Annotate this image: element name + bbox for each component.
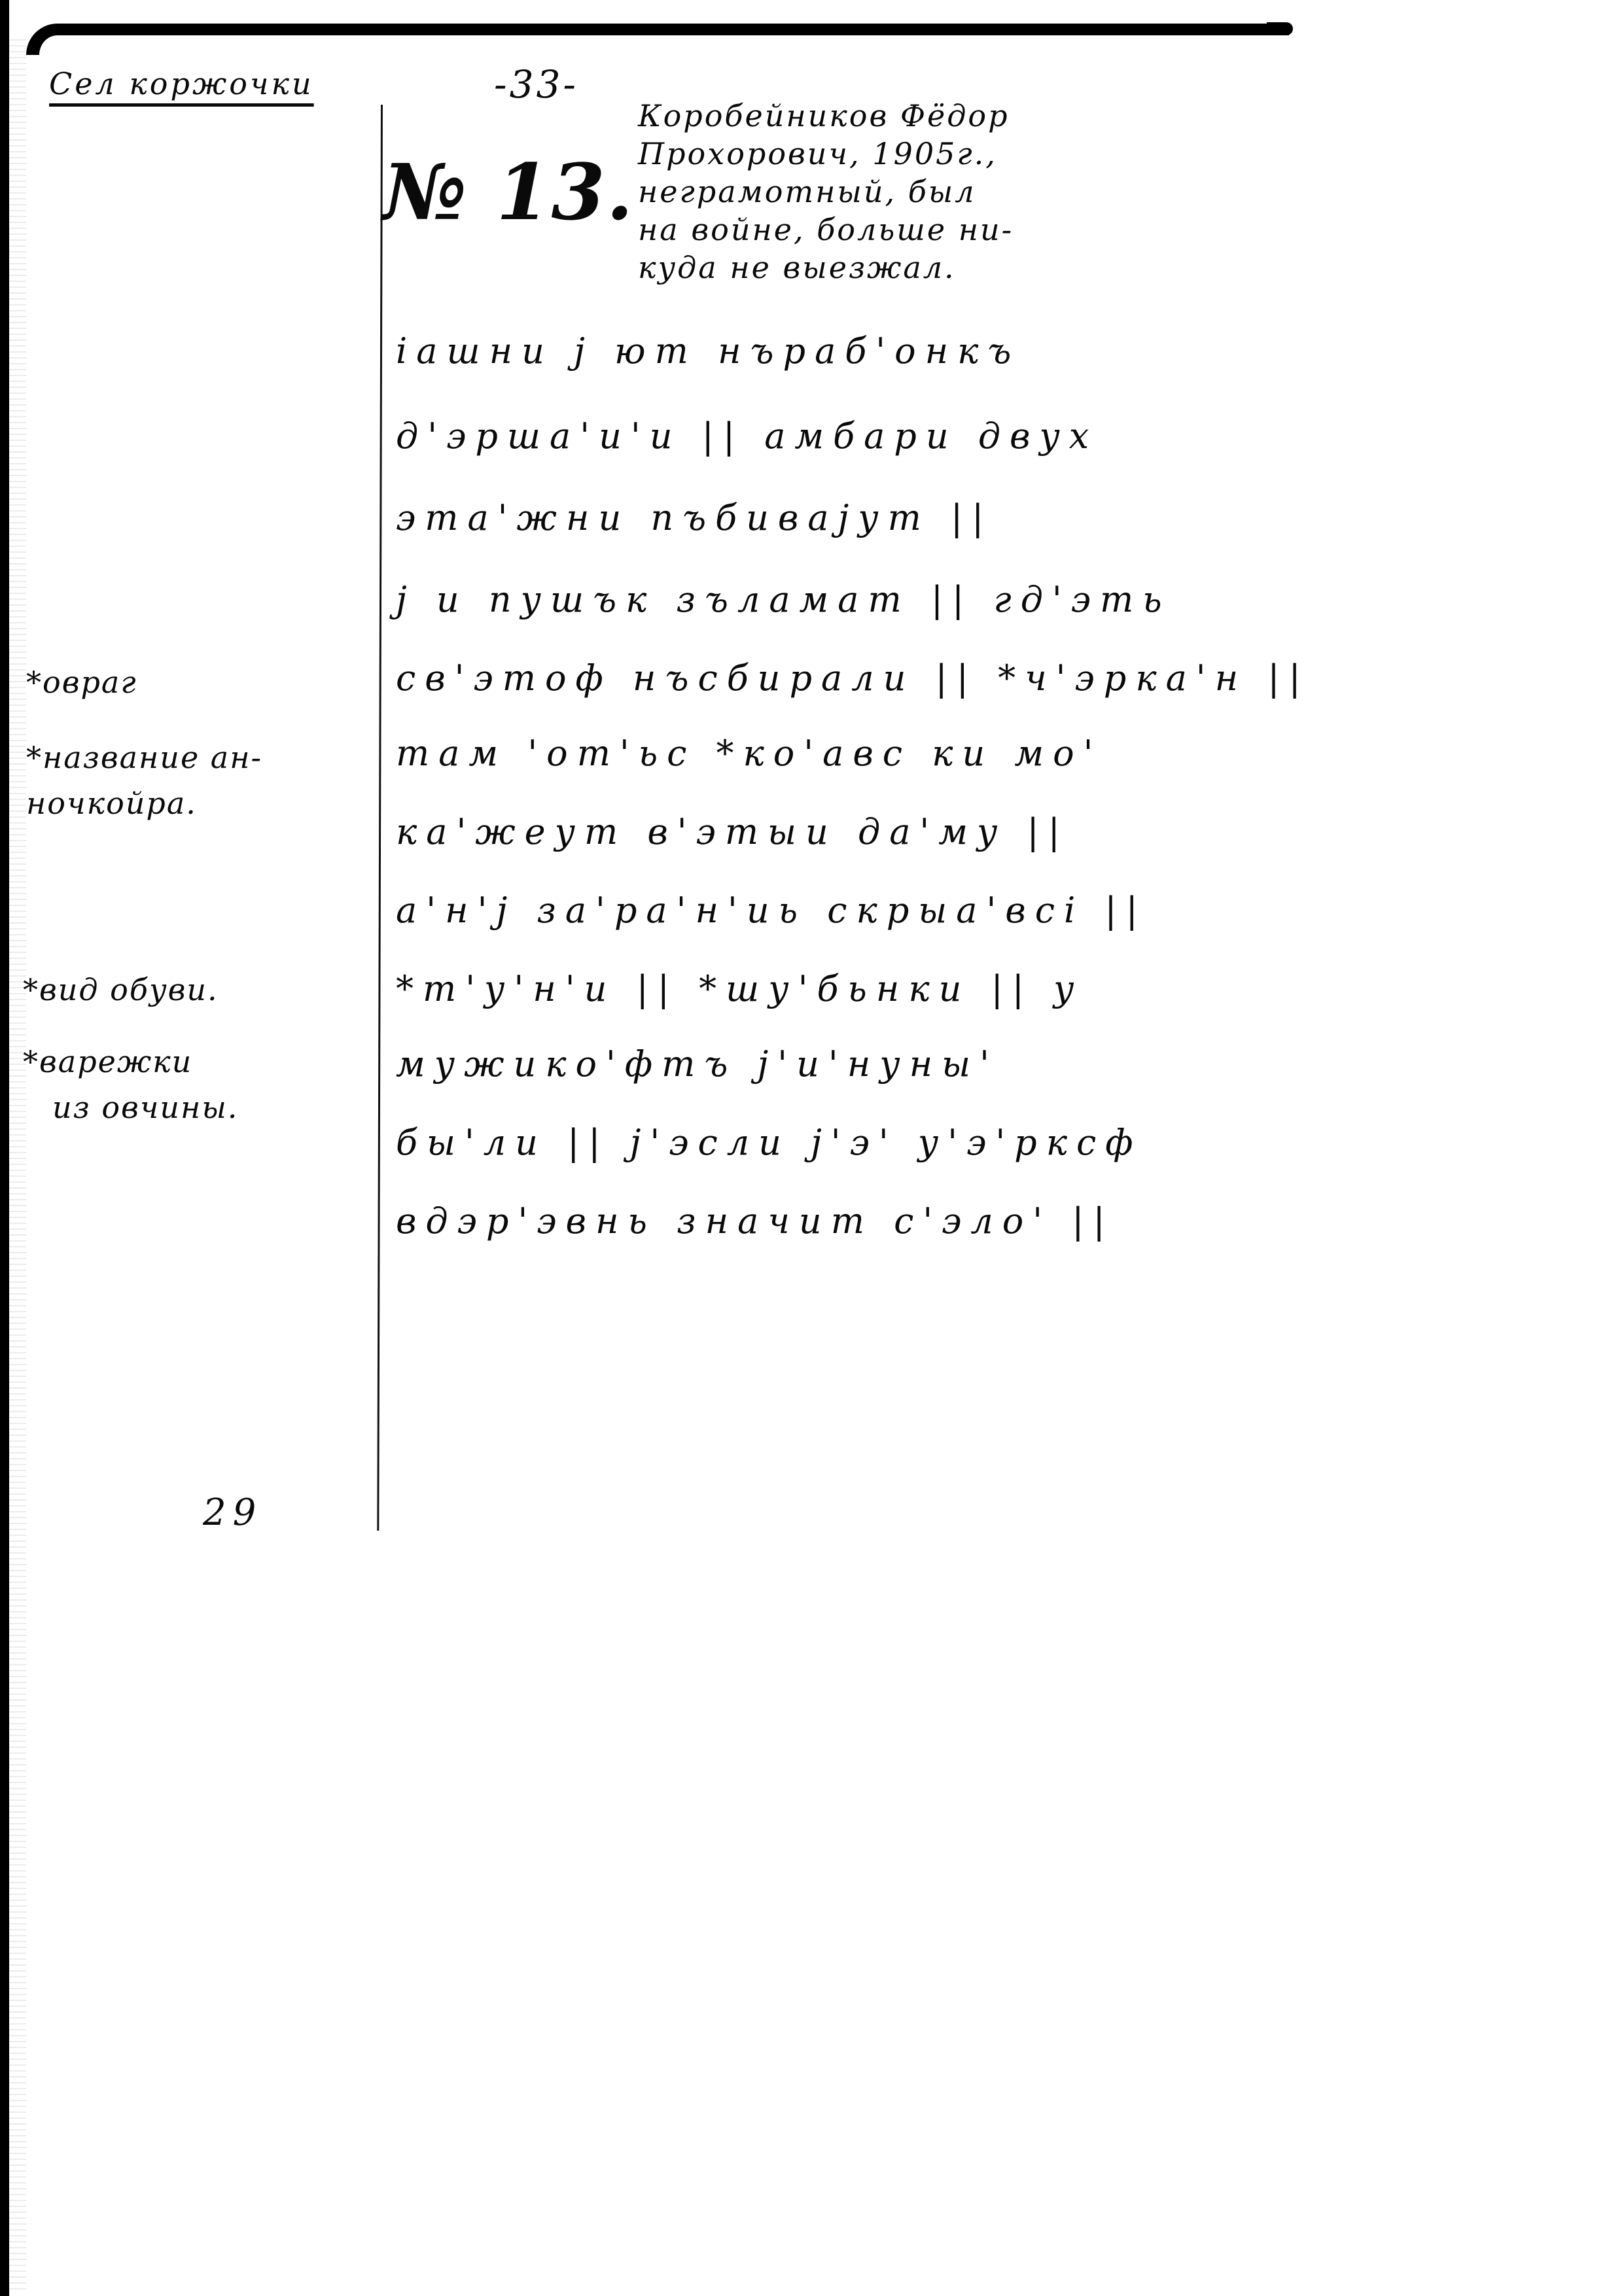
- transcription-line: мужико'фтъ ј'и'нуны': [396, 1047, 998, 1082]
- margin-note: *вид обуви.: [23, 975, 219, 1005]
- informant-line: на войне, больше ни-: [638, 212, 1014, 247]
- margin-note: *название ан-: [26, 742, 262, 773]
- scan-left-edge: [0, 0, 9, 2296]
- archive-number: 29: [203, 1495, 262, 1531]
- informant-info: Коробейников Фёдор Прохорович, 1905г., н…: [638, 97, 1014, 287]
- transcription-line: св'этоф нъсбирали || *ч'эрка'н ||: [396, 661, 1310, 696]
- notebook-top-border: [26, 24, 1289, 55]
- transcription-line: там 'от'ьс *ко'авс ки мо': [396, 736, 1103, 771]
- transcription-line: іашни j ют нъраб'онкъ: [396, 334, 1020, 369]
- informant-line: Прохорович, 1905г.,: [638, 136, 997, 171]
- transcription-line: эта'жни пъбивајут ||: [396, 500, 993, 536]
- margin-note: *овраг: [26, 667, 137, 697]
- transcription-line: j и пушък зъламат || гд'эть: [396, 582, 1171, 617]
- transcription-line: д'эрша'и'и || амбари двух: [396, 419, 1098, 454]
- informant-line: неграмотный, был: [638, 174, 976, 209]
- informant-line: куда не выезжал.: [638, 250, 956, 285]
- margin-rule-line: [377, 105, 383, 1531]
- transcription-line: *т'у'н'и || *шу'бьнки || у: [396, 971, 1083, 1007]
- transcription-line: бы'ли || ј'эсли ј'э' у'э'рксф: [396, 1125, 1142, 1160]
- header-note: Сел коржочки: [49, 69, 314, 99]
- margin-note: *варежки: [23, 1047, 192, 1077]
- transcription-line: а'н'ј за'ра'н'иь скрыа'всі ||: [396, 893, 1147, 928]
- page-number: -33-: [494, 65, 578, 103]
- transcription-line: ка'жеут в'этыи да'му ||: [396, 814, 1069, 850]
- margin-note: ночкойра.: [26, 788, 197, 818]
- transcription-line: вдэр'эвнь значит с'эло' ||: [396, 1204, 1114, 1239]
- record-number: № 13.: [383, 154, 635, 231]
- scan-edge-shadow: [9, 39, 26, 2289]
- informant-line: Коробейников Фёдор: [638, 98, 1010, 133]
- margin-note: из овчины.: [52, 1092, 238, 1122]
